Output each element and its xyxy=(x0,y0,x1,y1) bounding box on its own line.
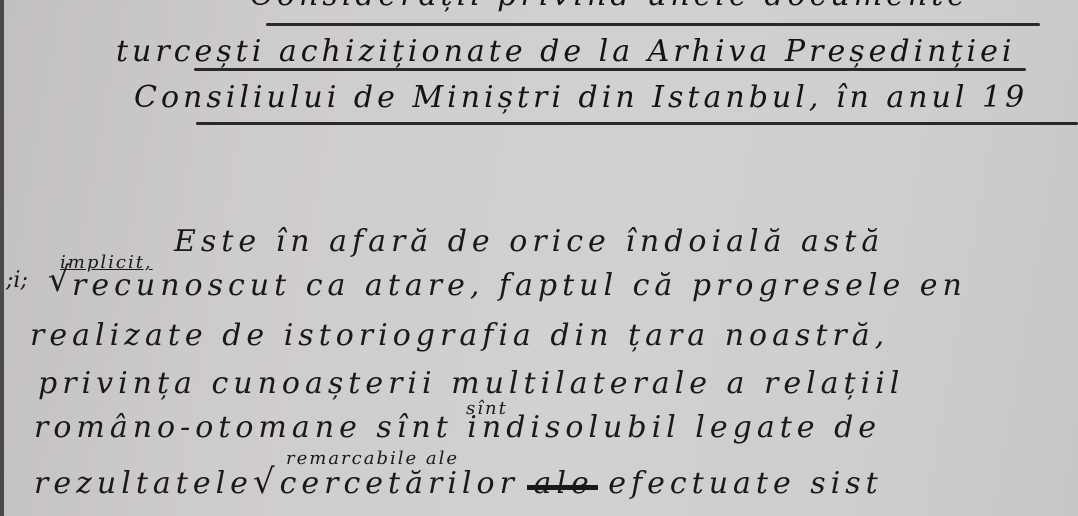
word-rezultatele: rezultatele xyxy=(34,466,253,501)
title-underline-1 xyxy=(266,23,1040,26)
struck-word: ale xyxy=(533,466,593,501)
word-cercetarilor: cercetărilor xyxy=(280,466,519,501)
title-underline-3 xyxy=(196,122,1078,125)
body-line-2: recunoscut ca atare, faptul că progresel… xyxy=(72,268,967,303)
title-line-2: turcești achiziționate de la Arhiva Preș… xyxy=(116,34,1015,69)
line-6-end: efectuate sist xyxy=(608,466,882,501)
body-line-3: realizate de istoriografia din țara noas… xyxy=(30,318,889,353)
title-line-3: Consiliului de Miniștri din Istanbul, în… xyxy=(134,80,1028,115)
insertion-caret-2: √ xyxy=(253,462,280,502)
body-line-4: privința cunoașterii multilaterale a rel… xyxy=(38,366,904,401)
manuscript-page: Considerații privind unele documente tur… xyxy=(4,0,1078,516)
title-line-1: Considerații privind unele documente xyxy=(250,0,969,13)
body-line-5: româno-otomane sînt indisolubil legate d… xyxy=(34,410,881,445)
body-line-6: rezultatele√cercetărilor ale efectuate s… xyxy=(34,462,883,502)
title-underline-2 xyxy=(194,68,1026,71)
body-line-1: Este în afară de orice îndoială astă xyxy=(174,224,884,259)
insertion-caret: √ xyxy=(48,260,70,300)
margin-marks: ;i; xyxy=(6,268,28,293)
